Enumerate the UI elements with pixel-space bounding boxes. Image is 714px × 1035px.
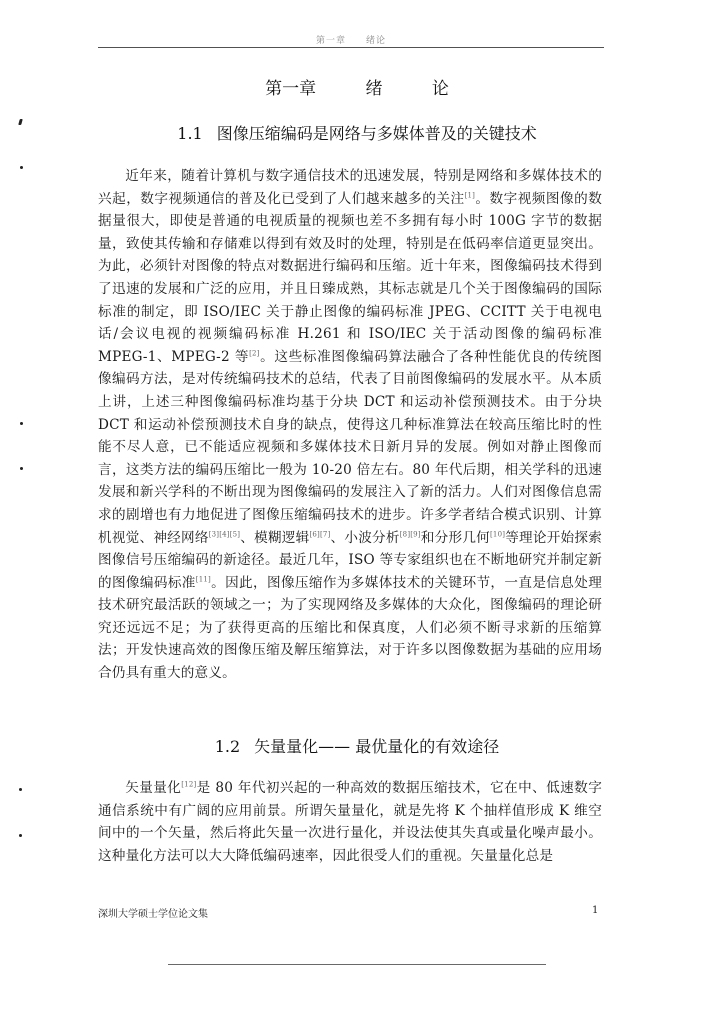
section-heading-1-2: 1.2矢量量化—— 最优量化的有效途径 xyxy=(0,734,714,757)
paragraph-text: 。数字视频图像的数据量很大，即使是普通的电视质量的视频也差不多拥有每小时 100… xyxy=(98,191,602,365)
footer-collection-title: 深圳大学硕士学位论文集 xyxy=(98,905,208,920)
section-number: 1.1 xyxy=(177,124,202,143)
running-head: 第一章 绪论 xyxy=(98,33,604,46)
margin-mark xyxy=(19,834,22,837)
citation-ref: [6][7] xyxy=(309,530,330,538)
paragraph-text: 、模糊逻辑 xyxy=(240,530,309,546)
citation-ref: [11] xyxy=(196,575,211,583)
paragraph-text: 矢量量化 xyxy=(125,780,181,796)
margin-mark xyxy=(20,422,23,425)
citation-ref: [12] xyxy=(181,780,196,788)
chapter-number: 第一章 xyxy=(265,74,316,99)
chapter-title: 第一章 绪 论 xyxy=(0,74,714,99)
section-number: 1.2 xyxy=(215,737,240,756)
margin-mark xyxy=(20,166,23,169)
page-number: 1 xyxy=(592,905,598,916)
citation-ref: [8][9] xyxy=(400,530,421,538)
section-1-2-paragraph: 矢量量化[12]是 80 年代初兴起的一种高效的数据压缩技术，它在中、低速数字通… xyxy=(98,777,602,867)
paragraph-text: 。这些标准图像编码算法融合了各种性能优良的传统图像编码方法，是对传统编码技术的总… xyxy=(98,349,602,546)
chapter-title-char-2: 论 xyxy=(432,74,449,99)
section-heading-1-1: 1.1图像压缩编码是网络与多媒体普及的关键技术 xyxy=(0,121,714,144)
citation-ref: [10] xyxy=(490,530,505,538)
citation-ref: [3][4][5] xyxy=(209,530,241,538)
chapter-title-char-1: 绪 xyxy=(366,74,383,99)
section-title-text: 矢量量化—— 最优量化的有效途径 xyxy=(254,737,499,756)
paragraph-text: 和分形几何 xyxy=(421,530,490,546)
running-head-title: 绪论 xyxy=(366,36,386,46)
document-page: 第一章 绪论 第一章 绪 论 1.1图像压缩编码是网络与多媒体普及的关键技术 近… xyxy=(0,0,714,1035)
margin-mark xyxy=(19,788,22,791)
section-title-text: 图像压缩编码是网络与多媒体普及的关键技术 xyxy=(217,124,537,143)
header-rule xyxy=(98,47,604,48)
section-1-1-paragraph: 近年来，随着计算机与数字通信技术的迅速发展，特别是网络和多媒体技术的兴起，数字视… xyxy=(98,165,602,685)
scan-edge-rule xyxy=(168,964,546,965)
citation-ref: [2] xyxy=(249,349,260,357)
margin-mark xyxy=(20,467,23,470)
running-head-chapter: 第一章 xyxy=(316,36,346,46)
citation-ref: [1] xyxy=(465,191,476,199)
paragraph-text: 、小波分析 xyxy=(331,530,400,546)
